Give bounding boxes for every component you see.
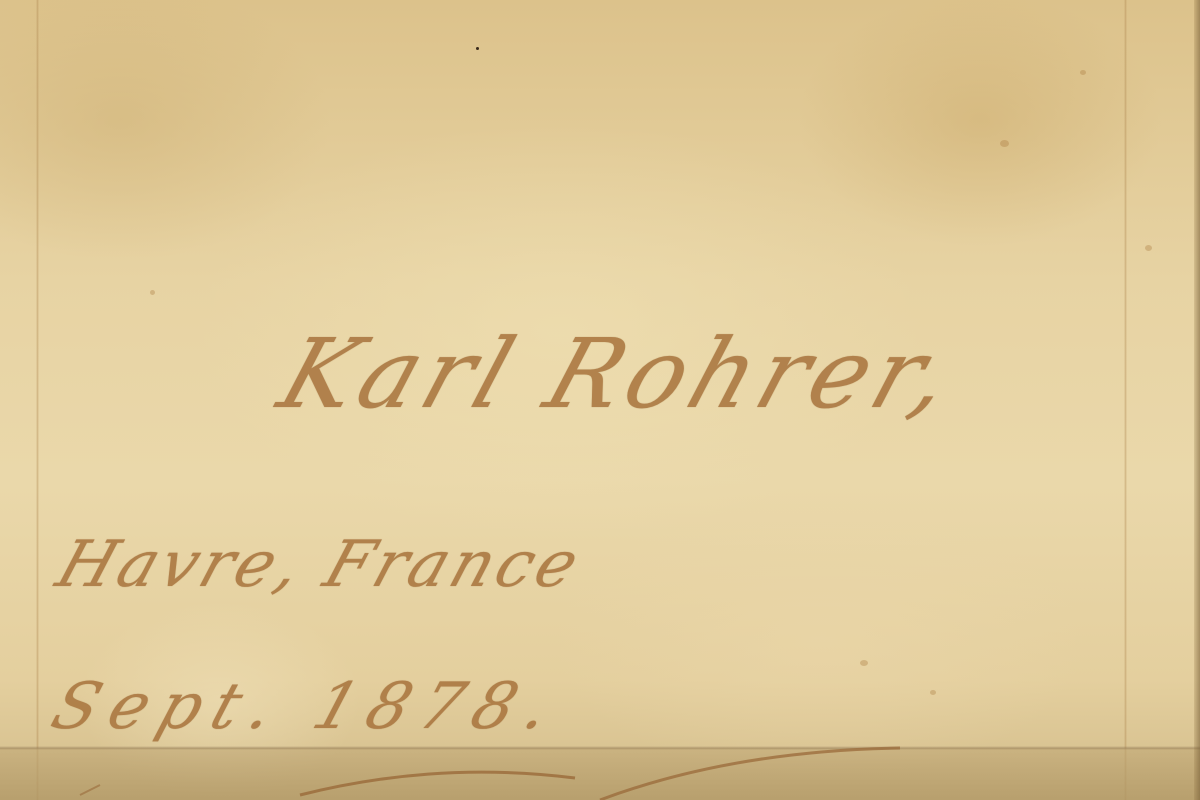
ink-flourish-strokes (0, 0, 1200, 800)
